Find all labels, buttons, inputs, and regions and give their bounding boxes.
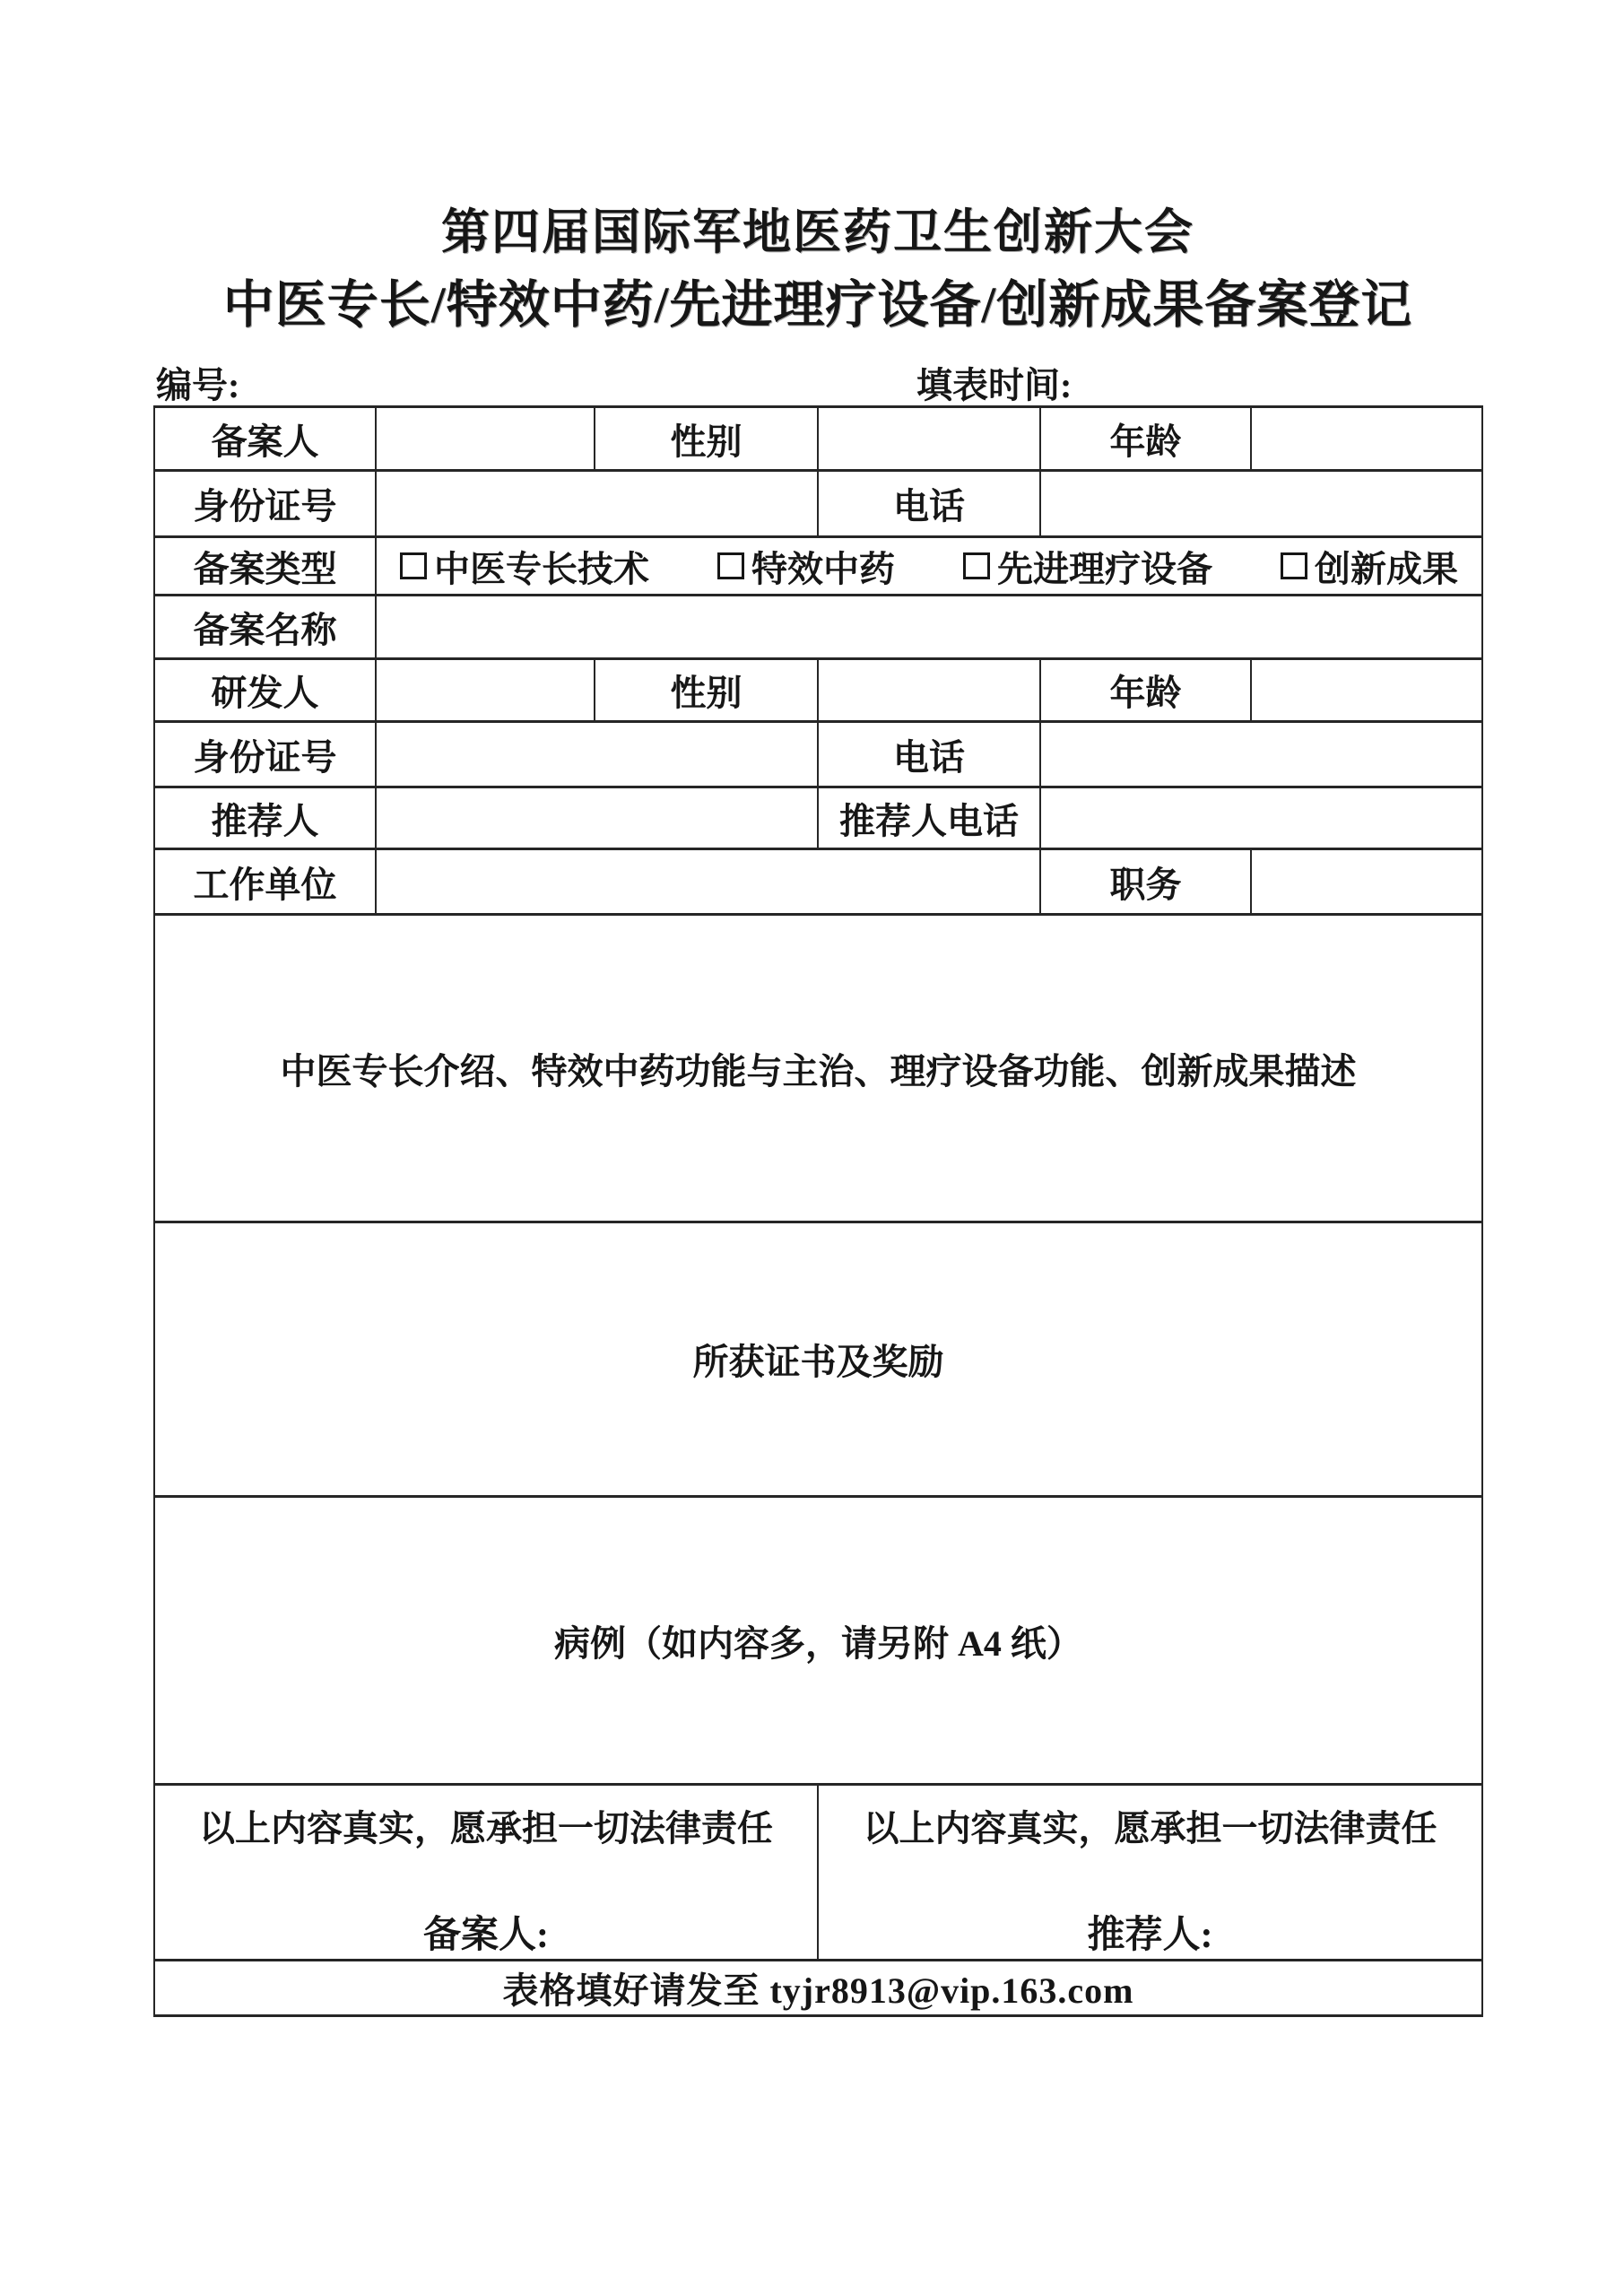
option-label: 中医专长技术 xyxy=(434,541,649,592)
developer-name-label: 研发人 xyxy=(154,659,376,722)
developer-id-label: 身份证号 xyxy=(154,722,376,787)
developer-age-field[interactable] xyxy=(1251,659,1482,722)
recommender-declaration-cell[interactable]: 以上内容真实，愿承担一切法律责任 推荐人: xyxy=(818,1785,1482,1961)
table-row: 备案名称 xyxy=(154,596,1482,659)
option-innovation-achievement: 创新成果 xyxy=(1281,541,1458,592)
registrant-age-field[interactable] xyxy=(1251,407,1482,471)
recommender-sign-label: 推荐人: xyxy=(819,1905,1481,1959)
registration-table: 备案人 性别 年龄 身份证号 电话 备案类型 中医专长技术 xyxy=(153,405,1483,2017)
registrant-name-label: 备案人 xyxy=(154,407,376,471)
option-tcm-specialty-technique: 中医专长技术 xyxy=(400,541,649,592)
declaration-statement: 以上内容真实，愿承担一切法律责任 xyxy=(819,1800,1481,1851)
checkbox-innovation-achievement[interactable] xyxy=(1281,552,1307,579)
position-label: 职务 xyxy=(1040,849,1251,915)
developer-gender-label: 性别 xyxy=(595,659,818,722)
meta-row: 编号: 填表时间: xyxy=(154,357,1481,404)
table-row: 研发人 性别 年龄 xyxy=(154,659,1482,722)
option-label: 创新成果 xyxy=(1315,541,1458,592)
table-row: 中医专长介绍、特效中药功能与主治、理疗设备功能、创新成果描述 xyxy=(154,915,1482,1222)
table-row: 备案人 性别 年龄 xyxy=(154,407,1482,471)
recommender-phone-field[interactable] xyxy=(1040,787,1482,849)
table-row: 备案类型 中医专长技术 特效中药 先进理疗设备 xyxy=(154,537,1482,596)
registrant-sign-label: 备案人: xyxy=(155,1905,817,1959)
record-type-options: 中医专长技术 特效中药 先进理疗设备 创新成果 xyxy=(377,541,1481,592)
table-row: 病例（如内容多，请另附 A4 纸） xyxy=(154,1497,1482,1785)
recommender-name-field[interactable] xyxy=(376,787,818,849)
recommender-phone-label: 推荐人电话 xyxy=(818,787,1040,849)
registration-form-page: 第四届国际军地医药卫生创新大会 中医专长/特效中药/先进理疗设备/创新成果备案登… xyxy=(0,0,1624,2296)
registrant-declaration-cell[interactable]: 以上内容真实，愿承担一切法律责任 备案人: xyxy=(154,1785,818,1961)
record-type-options-cell: 中医专长技术 特效中药 先进理疗设备 创新成果 xyxy=(376,537,1482,596)
registrant-id-field[interactable] xyxy=(376,471,818,537)
work-unit-field[interactable] xyxy=(376,849,1040,915)
developer-phone-field[interactable] xyxy=(1040,722,1482,787)
table-row: 所获证书及奖励 xyxy=(154,1222,1482,1497)
record-name-field[interactable] xyxy=(376,596,1482,659)
declaration-statement: 以上内容真实，愿承担一切法律责任 xyxy=(155,1800,817,1851)
registrant-id-label: 身份证号 xyxy=(154,471,376,537)
intro-section-label: 中医专长介绍、特效中药功能与主治、理疗设备功能、创新成果描述 xyxy=(281,1051,1357,1091)
cases-section-label: 病例（如内容多，请另附 A4 纸） xyxy=(554,1623,1082,1664)
table-row: 身份证号 电话 xyxy=(154,471,1482,537)
serial-number-label: 编号: xyxy=(156,357,239,408)
awards-section-field[interactable]: 所获证书及奖励 xyxy=(154,1222,1482,1497)
table-row: 身份证号 电话 xyxy=(154,722,1482,787)
table-row: 以上内容真实，愿承担一切法律责任 备案人: 以上内容真实，愿承担一切法律责任 推… xyxy=(154,1785,1482,1961)
position-field[interactable] xyxy=(1251,849,1482,915)
submit-email-note: 表格填好请发至 tyjr8913@vip.163.com xyxy=(154,1961,1482,2016)
cases-section-field[interactable]: 病例（如内容多，请另附 A4 纸） xyxy=(154,1497,1482,1785)
option-advanced-physiotherapy-equipment: 先进理疗设备 xyxy=(963,541,1212,592)
fill-time-label: 填表时间: xyxy=(916,357,1072,408)
option-special-effect-tcm-drug: 特效中药 xyxy=(717,541,895,592)
page-title-line1: 第四届国际军地医药卫生创新大会 xyxy=(154,194,1481,263)
checkbox-special-effect-tcm-drug[interactable] xyxy=(717,552,744,579)
registrant-gender-label: 性别 xyxy=(595,407,818,471)
option-label: 特效中药 xyxy=(751,541,895,592)
checkbox-advanced-physiotherapy-equipment[interactable] xyxy=(963,552,990,579)
checkbox-tcm-specialty-technique[interactable] xyxy=(400,552,427,579)
work-unit-label: 工作单位 xyxy=(154,849,376,915)
registrant-name-field[interactable] xyxy=(376,407,595,471)
table-row: 表格填好请发至 tyjr8913@vip.163.com xyxy=(154,1961,1482,2016)
table-row: 工作单位 职务 xyxy=(154,849,1482,915)
registrant-age-label: 年龄 xyxy=(1040,407,1251,471)
page-title-line2: 中医专长/特效中药/先进理疗设备/创新成果备案登记 xyxy=(154,264,1481,337)
developer-phone-label: 电话 xyxy=(818,722,1040,787)
developer-id-field[interactable] xyxy=(376,722,818,787)
registrant-phone-label: 电话 xyxy=(818,471,1040,537)
record-type-label: 备案类型 xyxy=(154,537,376,596)
option-label: 先进理疗设备 xyxy=(997,541,1212,592)
registrant-phone-field[interactable] xyxy=(1040,471,1482,537)
developer-gender-field[interactable] xyxy=(818,659,1040,722)
awards-section-label: 所获证书及奖励 xyxy=(693,1342,944,1382)
recommender-label: 推荐人 xyxy=(154,787,376,849)
table-row: 推荐人 推荐人电话 xyxy=(154,787,1482,849)
registrant-gender-field[interactable] xyxy=(818,407,1040,471)
intro-section-field[interactable]: 中医专长介绍、特效中药功能与主治、理疗设备功能、创新成果描述 xyxy=(154,915,1482,1222)
developer-age-label: 年龄 xyxy=(1040,659,1251,722)
developer-name-field[interactable] xyxy=(376,659,595,722)
record-name-label: 备案名称 xyxy=(154,596,376,659)
